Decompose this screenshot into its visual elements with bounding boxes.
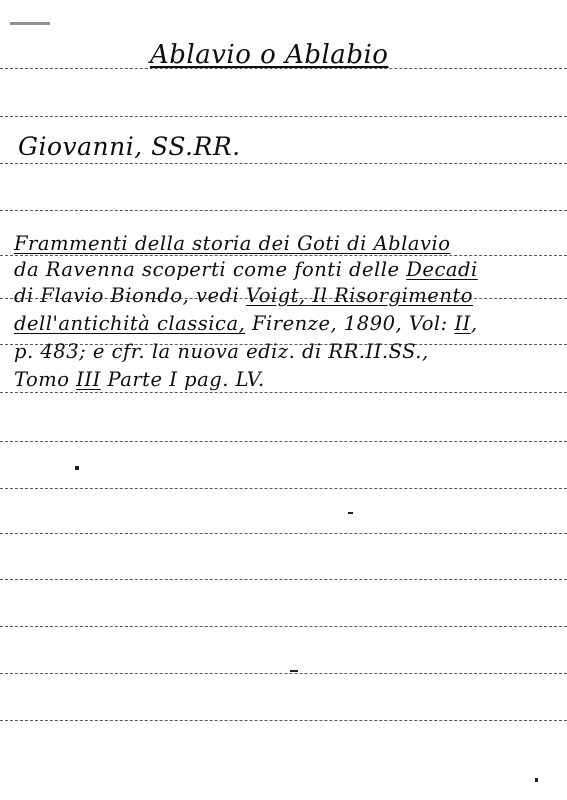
card-title: Ablavio o Ablabio xyxy=(150,40,388,70)
scan-speck xyxy=(348,512,353,514)
ruled-line xyxy=(0,255,567,256)
ruled-line xyxy=(0,210,567,211)
ruled-line xyxy=(0,673,567,674)
entry-text: , xyxy=(471,312,478,335)
entry-line: Tomo III Parte I pag. LV. xyxy=(14,368,265,391)
entry-text: Frammenti della storia dei Goti di Ablav… xyxy=(14,232,451,255)
ruled-line xyxy=(0,626,567,627)
entry-text: di Flavio Biondo, vedi xyxy=(14,284,246,307)
ruled-line xyxy=(0,720,567,721)
entry-text: Parte I pag. LV. xyxy=(101,368,265,391)
ruled-line xyxy=(0,441,567,442)
ruled-line xyxy=(0,488,567,489)
scan-speck xyxy=(535,778,538,782)
entry-text-underlined: Il Risorgimento xyxy=(306,284,473,307)
entry-text-underlined: dell'antichità classica, xyxy=(14,312,245,335)
entry-text: Firenze, 1890, Vol: xyxy=(245,312,454,335)
entry-text-underlined: II xyxy=(454,312,470,335)
entry-text-underlined: Decadi xyxy=(406,258,477,281)
entry-line: Frammenti della storia dei Goti di Ablav… xyxy=(14,232,451,255)
entry-text: Tomo xyxy=(14,368,76,391)
scan-speck xyxy=(290,670,298,672)
ruled-line xyxy=(0,533,567,534)
ruled-line xyxy=(0,116,567,117)
entry-line: dell'antichità classica, Firenze, 1890, … xyxy=(14,312,478,335)
ruled-line xyxy=(0,579,567,580)
entry-text: da Ravenna scoperti come fonti delle xyxy=(14,258,406,281)
card-author: Giovanni, SS.RR. xyxy=(18,132,241,161)
entry-text-underlined: III xyxy=(76,368,101,391)
entry-line: da Ravenna scoperti come fonti delle Dec… xyxy=(14,258,478,281)
entry-text-underlined: Voigt, xyxy=(246,284,306,307)
scan-speck xyxy=(10,22,50,25)
ruled-line xyxy=(0,163,567,164)
entry-text: p. 483; e cfr. la nuova ediz. di RR.II.S… xyxy=(14,340,429,363)
scan-speck xyxy=(75,466,79,470)
entry-line: di Flavio Biondo, vedi Voigt, Il Risorgi… xyxy=(14,284,473,307)
entry-line: p. 483; e cfr. la nuova ediz. di RR.II.S… xyxy=(14,340,429,363)
ruled-line xyxy=(0,392,567,393)
